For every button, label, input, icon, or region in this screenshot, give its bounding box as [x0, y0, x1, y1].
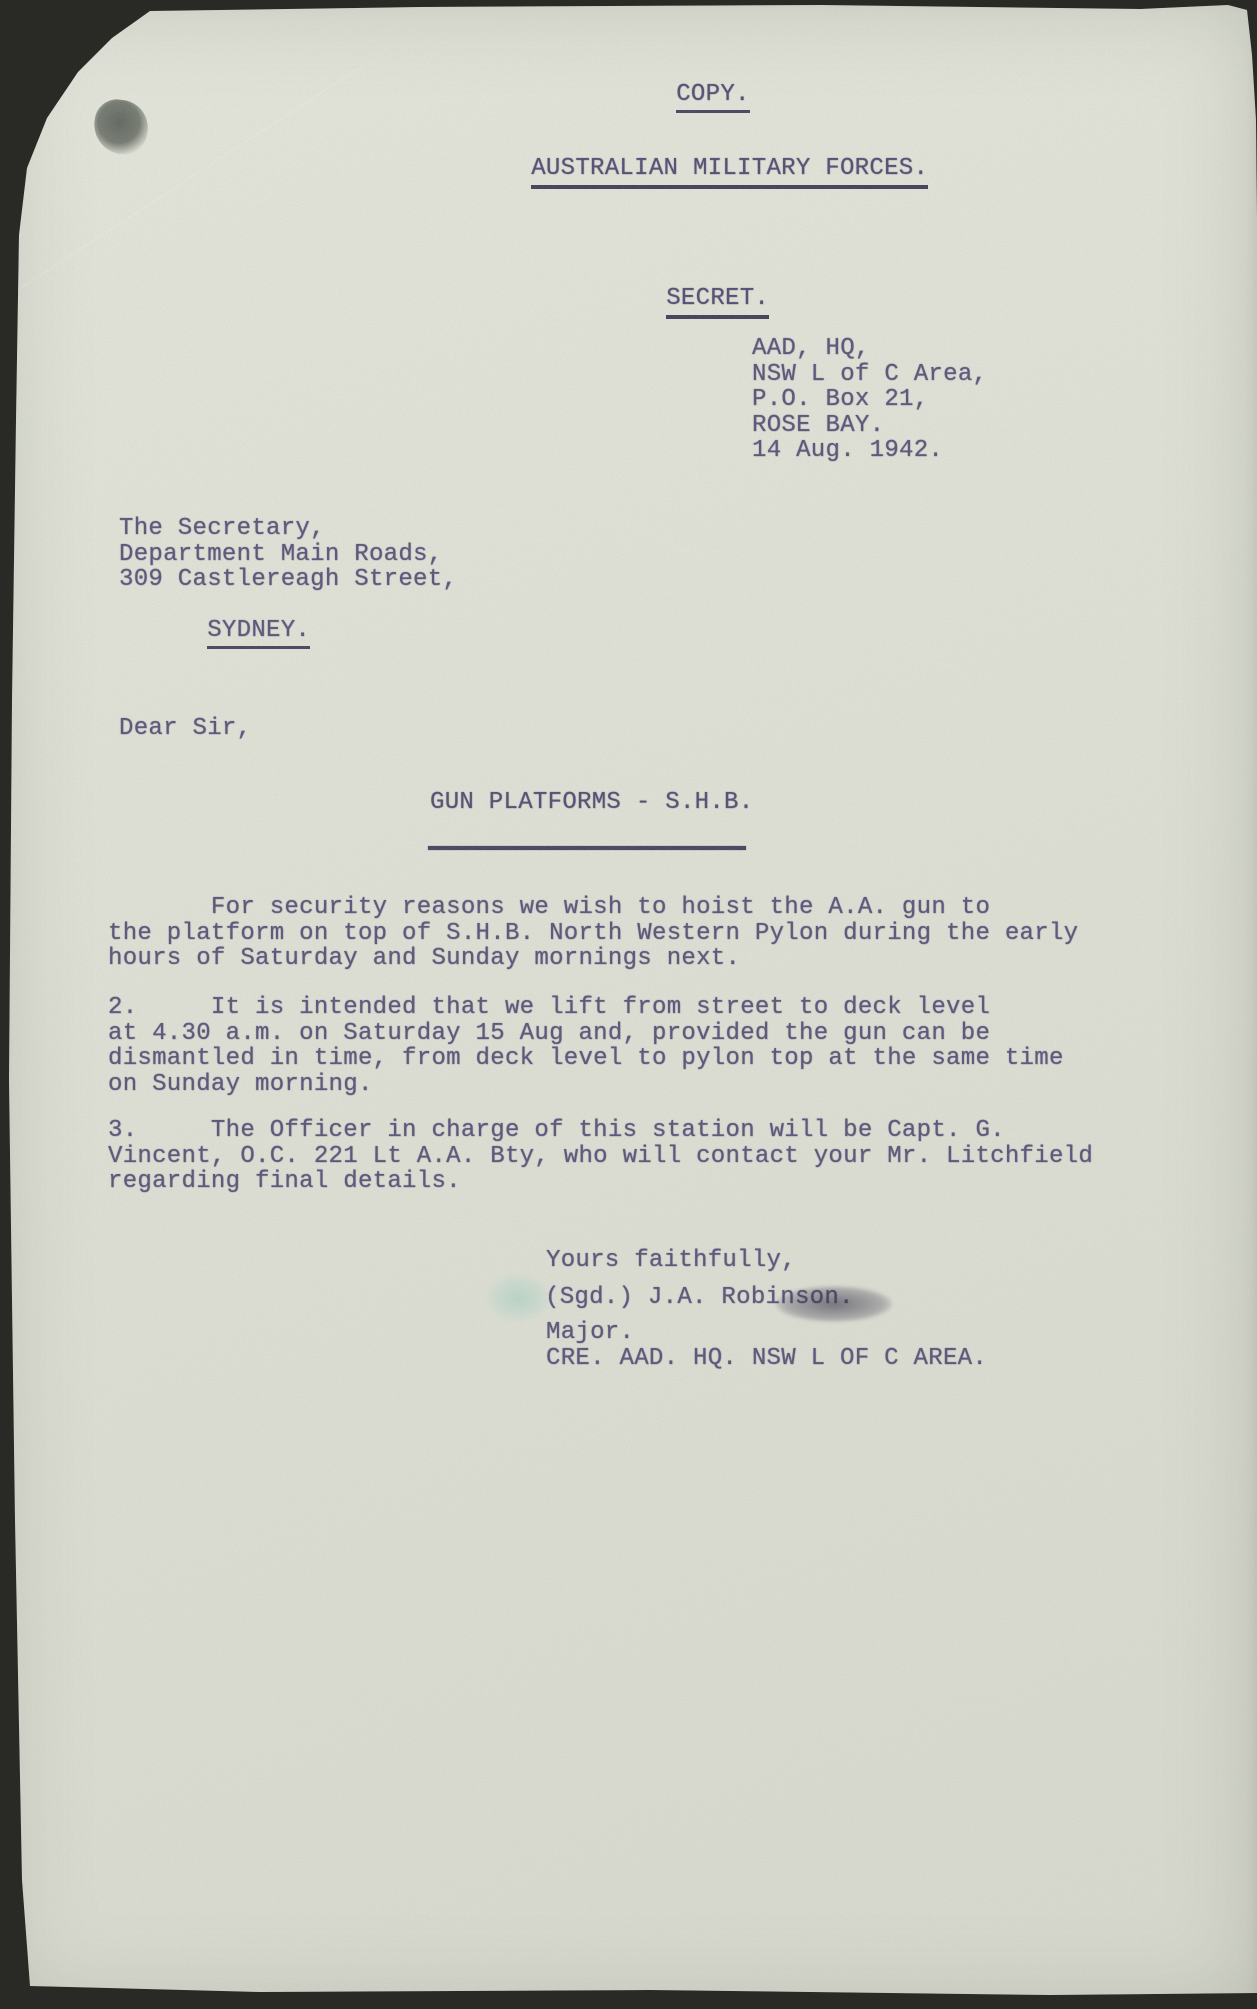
paper-crease [0, 65, 363, 317]
text-line: the platform on top of S.H.B. North West… [108, 921, 1078, 947]
edge-tear-mark [0, 1236, 7, 1254]
body-paragraph-2: 2. It is intended that we lift from stre… [108, 995, 1064, 1097]
text-line: regarding final details. [108, 1169, 1093, 1195]
copy-label-text: COPY. [676, 82, 750, 114]
signature-ink-smudge [776, 1286, 892, 1322]
sender-address-block: AAD, HQ,NSW L of C Area,P.O. Box 21,ROSE… [752, 336, 987, 464]
text-line: hours of Saturday and Sunday mornings ne… [108, 946, 1078, 972]
text-line: on Sunday morning. [108, 1072, 1064, 1098]
text-line: 2. It is intended that we lift from stre… [108, 995, 1064, 1021]
recipient-address-block: The Secretary,Department Main Roads,309 … [119, 516, 457, 593]
text-line: P.O. Box 21, [752, 387, 987, 413]
classification-label: SECRET. [578, 260, 769, 345]
classification-label-text: SECRET. [666, 286, 769, 320]
text-line: 309 Castlereagh Street, [119, 567, 457, 593]
letter-page: COPY. AUSTRALIAN MILITARY FORCES. SECRET… [0, 0, 1257, 2009]
organisation-title: AUSTRALIAN MILITARY FORCES. [443, 130, 928, 215]
edge-tear-mark [0, 340, 11, 373]
paper-crease [454, 446, 966, 675]
text-line: The Secretary, [119, 516, 457, 542]
body-paragraph-1: For security reasons we wish to hoist th… [108, 895, 1078, 972]
body-paragraph-3: 3. The Officer in charge of this station… [108, 1118, 1093, 1195]
text-line: For security reasons we wish to hoist th… [108, 895, 1078, 921]
teal-ink-stain [486, 1274, 550, 1322]
text-line: ROSE BAY. [752, 413, 987, 439]
text-line: dismantled in time, from deck level to p… [108, 1046, 1064, 1072]
text-line: at 4.30 a.m. on Saturday 15 Aug and, pro… [108, 1021, 1064, 1047]
text-line: AAD, HQ, [752, 336, 987, 362]
text-line: Department Main Roads, [119, 542, 457, 568]
text-line: NSW L of C Area, [752, 362, 987, 388]
text-line: 14 Aug. 1942. [752, 438, 987, 464]
rank-line: Major. [546, 1320, 634, 1346]
subject-underline-rule [428, 846, 746, 850]
subject-heading: GUN PLATFORMS - S.H.B. [430, 790, 753, 816]
text-line: 3. The Officer in charge of this station… [108, 1118, 1093, 1144]
gray-stain [91, 97, 152, 158]
closing-line: Yours faithfully, [546, 1248, 796, 1274]
salutation: Dear Sir, [119, 716, 251, 742]
scanner-backdrop: COPY. AUSTRALIAN MILITARY FORCES. SECRET… [0, 0, 1257, 2009]
edge-tear-mark [0, 136, 13, 170]
edge-tear-mark [0, 682, 9, 706]
recipient-city-text: SYDNEY. [207, 618, 310, 650]
copy-label: COPY. [588, 56, 750, 139]
organisation-title-text: AUSTRALIAN MILITARY FORCES. [531, 156, 928, 190]
unit-line: CRE. AAD. HQ. NSW L OF C AREA. [546, 1346, 987, 1372]
recipient-city: SYDNEY. [119, 592, 310, 675]
text-line: Vincent, O.C. 221 Lt A.A. Bty, who will … [108, 1144, 1093, 1170]
